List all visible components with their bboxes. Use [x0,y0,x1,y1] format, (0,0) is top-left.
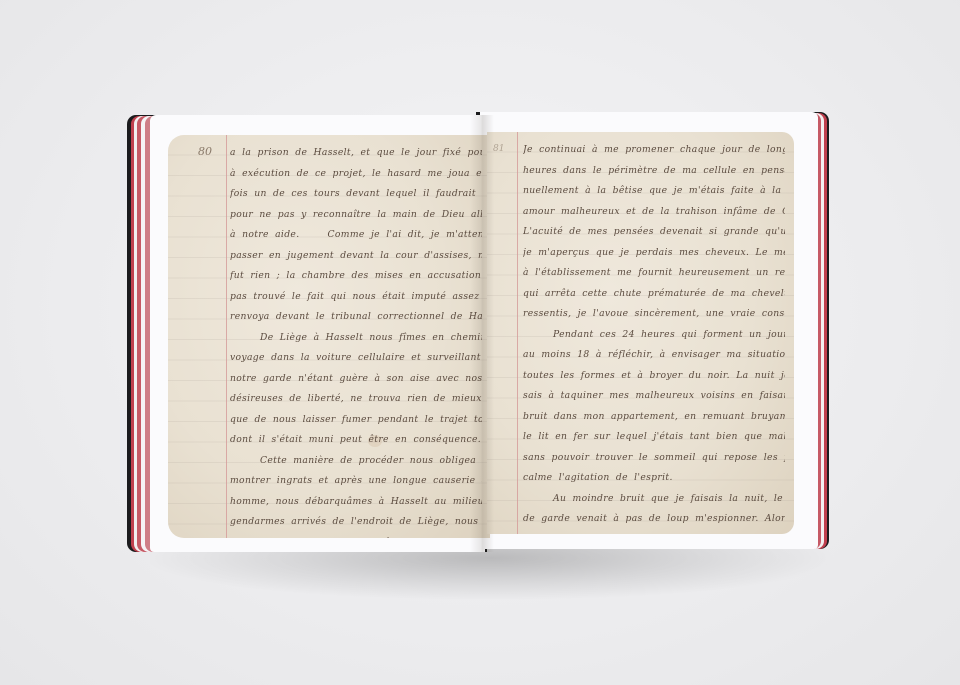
text-line: passer en jugement devant la cour d'assi… [230,246,482,267]
text-line: Cette manière de procéder nous obligea à… [230,451,482,472]
text-line: je m'aperçus que je perdais mes cheveux.… [523,243,785,264]
text-line: le lit en fer sur lequel j'étais tant bi… [523,427,785,448]
text-line: pas trouvé le fait qui nous était imputé… [230,287,482,308]
text-line: fois un de ces tours devant lequel il fa… [230,184,482,205]
text-line: Au moindre bruit que je faisais la nuit,… [523,489,785,510]
text-line: homme, nous débarquâmes à Hasselt au mil… [230,492,482,513]
text-line: dont il s'était muni peut être en conséq… [230,430,482,451]
page-number: 80 [198,145,212,158]
text-line: calme l'agitation de l'esprit. [523,468,785,489]
handwritten-text: Je continuai à me promener chaque jour d… [523,140,785,534]
text-line: nuellement à la bêtise que je m'étais fa… [523,181,785,202]
text-line: renvoya devant le tribunal correctionnel… [230,307,482,328]
text-line: L'acuité de mes pensées devenait si gran… [523,222,785,243]
text-fragment: à notre aide. [230,225,300,246]
text-line: pour ne pas y reconnaître la main de Die… [230,205,482,226]
text-line: Je continuai à me promener chaque jour d… [523,140,785,161]
text-line: bruit dans mon appartement, en remuant b… [523,407,785,428]
text-line: désireuses de liberté, ne trouva rien de… [230,389,482,410]
text-line: notre garde n'étant guère à son aise ave… [230,369,482,390]
margin-line [226,135,227,538]
text-line: a la prison de Hasselt, et que le jour f… [230,143,482,164]
text-line: gendarmes arrivés de l'endroit de Liège,… [230,512,482,533]
text-line: fut rien ; la chambre des mises en accus… [230,266,482,287]
text-line: qui arrêta cette chute prématurée de ma … [523,284,785,305]
text-line: sais à taquiner mes malheureux voisins e… [523,386,785,407]
margin-line [517,132,518,534]
text-line: ressentis, je l'avoue sincèrement, une v… [523,304,785,325]
text-line: de garde venait à pas de loup m'espionne… [523,509,785,530]
text-fragment: Comme je l'ai dit, je m'attendais à [328,225,483,246]
text-line: Pendant ces 24 heures qui forment un jou… [523,325,785,346]
text-line: à exécution de ce projet, le hasard me j… [230,164,482,185]
text-line: à l'établissement me fournit heureusemen… [523,263,785,284]
book-gutter [470,115,494,552]
text-line: De Liège à Hasselt nous fîmes en chemin … [230,328,482,349]
text-line: entre murs sans qu'il nous fût possible … [230,533,482,539]
text-line: sans pouvoir trouver le sommeil qui repo… [523,448,785,469]
handwritten-text: a la prison de Hasselt, et que le jour f… [230,143,482,538]
text-line: montrer ingrats et après une longue caus… [230,471,482,492]
text-line: à notre aide. Comme je l'ai dit, je m'at… [230,225,482,246]
page-number: 81 [493,144,504,154]
text-line: heures dans le périmètre de ma cellule e… [523,161,785,182]
text-line: adressais quelques paroles pour lui fair… [523,530,785,535]
text-line: toutes les formes et à broyer du noir. L… [523,366,785,387]
left-manuscript-page: 80 a la prison de Hasselt, et que le jou… [168,135,490,538]
text-line: au moins 18 à réfléchir, à envisager ma … [523,345,785,366]
right-manuscript-page: 81 Je continuai à me promener chaque jou… [487,132,794,534]
text-line: que de nous laisser fumer pendant le tra… [230,410,482,431]
text-line: voyage dans la voiture cellulaire et sur… [230,348,482,369]
text-line: amour malheureux et de la trahison infâm… [523,202,785,223]
